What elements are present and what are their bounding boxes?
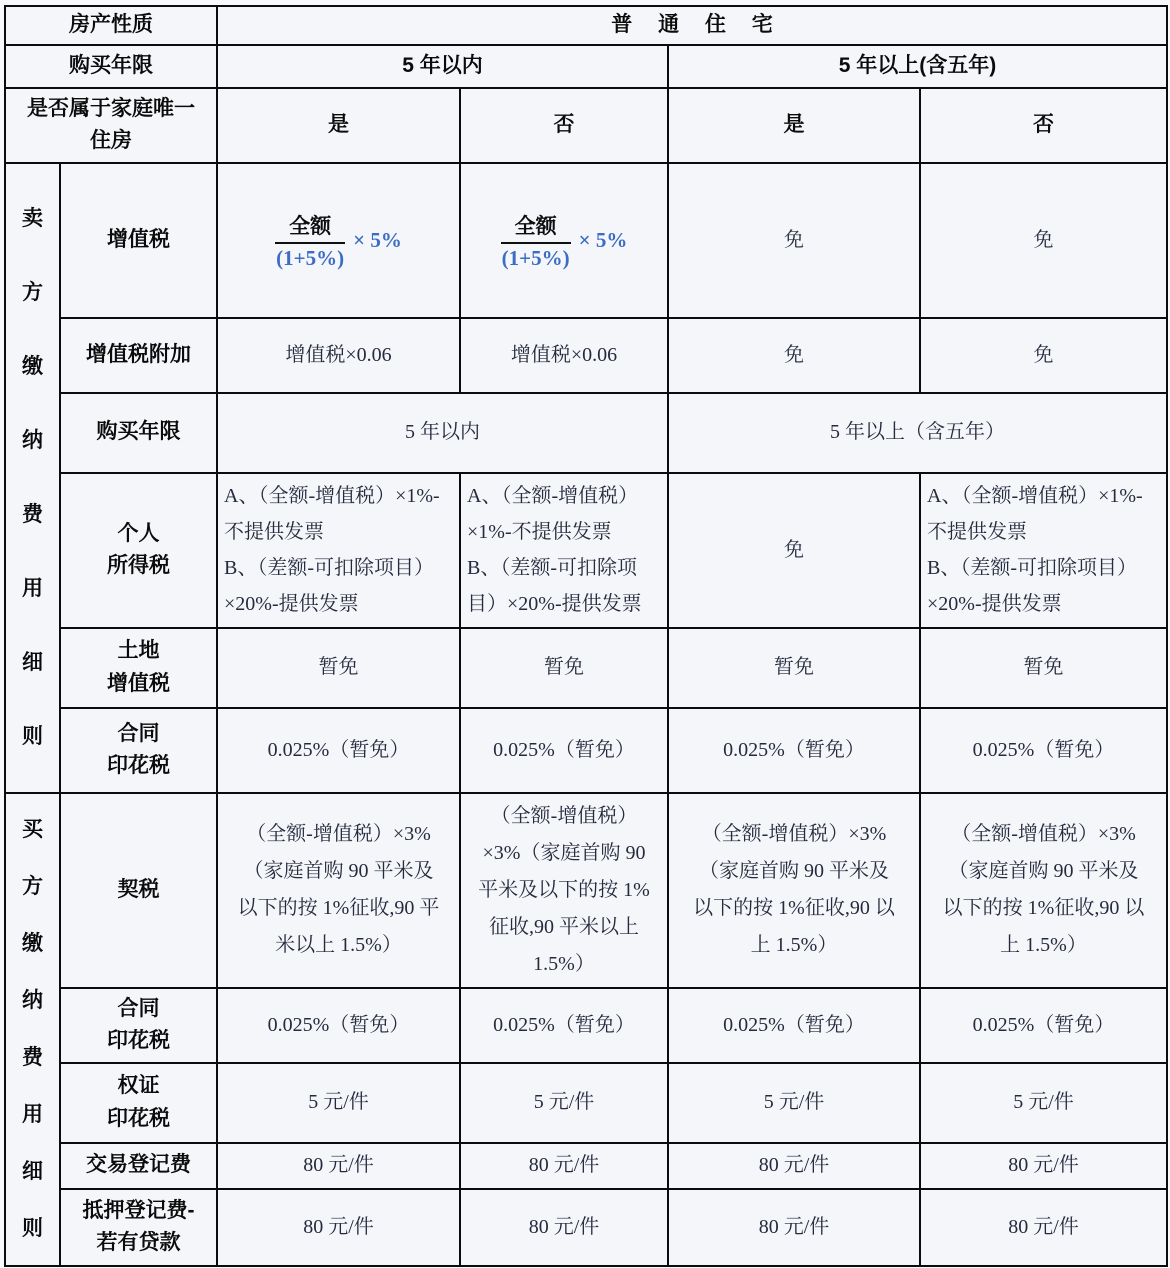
purchase-years-mid-over: 5 年以上（含五年）	[668, 393, 1167, 473]
seller-section-label: 卖 方 缴 纳 费 用 细 则	[5, 163, 60, 793]
vat-fraction: 全额 (1+5%) × 5%	[275, 210, 402, 271]
vat-formula-no: 全额 (1+5%) × 5%	[460, 163, 668, 318]
purchase-over-5-header: 5 年以上(含五年)	[668, 45, 1167, 88]
unique-home-label: 是否属于家庭唯一 住房	[5, 88, 217, 163]
land-vat-c2: 暂免	[460, 628, 668, 708]
fraction-denominator: (1+5%)	[276, 244, 344, 271]
row-unique-home: 是否属于家庭唯一 住房 是 否 是 否	[5, 88, 1167, 163]
income-tax-c2: A、（全额-增值税） ×1%-不提供发票 B、（差额-可扣除项 目）×20%-提…	[460, 473, 668, 628]
purchase-years-mid-within: 5 年以内	[217, 393, 668, 473]
row-purchase-years-mid: 购买年限 5 年以内 5 年以上（含五年）	[5, 393, 1167, 473]
property-nature-value: 普 通 住 宅	[217, 6, 1167, 45]
purchase-years-mid-label: 购买年限	[60, 393, 217, 473]
buyer-contract-stamp-c2: 0.025%（暂免）	[460, 988, 668, 1063]
registration-fee-c2: 80 元/件	[460, 1143, 668, 1189]
cert-stamp-c4: 5 元/件	[920, 1063, 1167, 1143]
buyer-contract-stamp-c3: 0.025%（暂免）	[668, 988, 920, 1063]
fraction-numerator: 全额	[275, 210, 345, 244]
deed-tax-c3: （全额-增值税）×3% （家庭首购 90 平米及 以下的按 1%征收,90 以 …	[668, 793, 920, 988]
row-purchase-years-top: 购买年限 5 年以内 5 年以上(含五年)	[5, 45, 1167, 88]
seller-contract-stamp-c2: 0.025%（暂免）	[460, 708, 668, 793]
row-land-vat: 土地 增值税 暂免 暂免 暂免 暂免	[5, 628, 1167, 708]
mortgage-fee-c1: 80 元/件	[217, 1189, 460, 1266]
row-vat: 卖 方 缴 纳 费 用 细 则 增值税 全额 (1+5%) × 5% 全额 (1…	[5, 163, 1167, 318]
vat-formula-yes: 全额 (1+5%) × 5%	[217, 163, 460, 318]
deed-tax-label: 契税	[60, 793, 217, 988]
row-cert-stamp: 权证 印花税 5 元/件 5 元/件 5 元/件 5 元/件	[5, 1063, 1167, 1143]
deed-tax-c1: （全额-增值税）×3% （家庭首购 90 平米及 以下的按 1%征收,90 平 …	[217, 793, 460, 988]
cert-stamp-label: 权证 印花税	[60, 1063, 217, 1143]
unique-no-2: 否	[920, 88, 1167, 163]
seller-contract-stamp-c4: 0.025%（暂免）	[920, 708, 1167, 793]
land-vat-c3: 暂免	[668, 628, 920, 708]
buyer-contract-stamp-c4: 0.025%（暂免）	[920, 988, 1167, 1063]
row-property-nature: 房产性质 普 通 住 宅	[5, 6, 1167, 45]
row-mortgage-fee: 抵押登记费- 若有贷款 80 元/件 80 元/件 80 元/件 80 元/件	[5, 1189, 1167, 1266]
row-vat-surcharge: 增值税附加 增值税×0.06 增值税×0.06 免 免	[5, 318, 1167, 393]
mortgage-fee-c4: 80 元/件	[920, 1189, 1167, 1266]
land-vat-c4: 暂免	[920, 628, 1167, 708]
mortgage-fee-label: 抵押登记费- 若有贷款	[60, 1189, 217, 1266]
unique-no-1: 否	[460, 88, 668, 163]
income-tax-c3: 免	[668, 473, 920, 628]
income-tax-c4: A、（全额-增值税）×1%- 不提供发票 B、（差额-可扣除项目） ×20%-提…	[920, 473, 1167, 628]
purchase-within-5-header: 5 年以内	[217, 45, 668, 88]
vat-surcharge-c4: 免	[920, 318, 1167, 393]
registration-fee-c3: 80 元/件	[668, 1143, 920, 1189]
registration-fee-c1: 80 元/件	[217, 1143, 460, 1189]
fraction-denominator: (1+5%)	[502, 244, 570, 271]
row-income-tax: 个人 所得税 A、（全额-增值税）×1%- 不提供发票 B、（差额-可扣除项目）…	[5, 473, 1167, 628]
cert-stamp-c3: 5 元/件	[668, 1063, 920, 1143]
vat-exempt-2: 免	[920, 163, 1167, 318]
buyer-contract-stamp-label: 合同 印花税	[60, 988, 217, 1063]
row-deed-tax: 买 方 缴 纳 费 用 细 则 契税 （全额-增值税）×3% （家庭首购 90 …	[5, 793, 1167, 988]
income-tax-label: 个人 所得税	[60, 473, 217, 628]
fraction-multiplier: × 5%	[579, 228, 628, 253]
mortgage-fee-c2: 80 元/件	[460, 1189, 668, 1266]
income-tax-c1: A、（全额-增值税）×1%- 不提供发票 B、（差额-可扣除项目） ×20%-提…	[217, 473, 460, 628]
vat-label: 增值税	[60, 163, 217, 318]
vat-fraction: 全额 (1+5%) × 5%	[501, 210, 628, 271]
registration-fee-c4: 80 元/件	[920, 1143, 1167, 1189]
row-buyer-contract-stamp: 合同 印花税 0.025%（暂免） 0.025%（暂免） 0.025%（暂免） …	[5, 988, 1167, 1063]
fraction-numerator: 全额	[501, 210, 571, 244]
mortgage-fee-c3: 80 元/件	[668, 1189, 920, 1266]
tax-table: 房产性质 普 通 住 宅 购买年限 5 年以内 5 年以上(含五年) 是否属于家…	[4, 5, 1168, 1267]
fraction-multiplier: × 5%	[353, 228, 402, 253]
vat-surcharge-c3: 免	[668, 318, 920, 393]
buyer-contract-stamp-c1: 0.025%（暂免）	[217, 988, 460, 1063]
seller-contract-stamp-c3: 0.025%（暂免）	[668, 708, 920, 793]
seller-contract-stamp-c1: 0.025%（暂免）	[217, 708, 460, 793]
vat-surcharge-c2: 增值税×0.06	[460, 318, 668, 393]
deed-tax-c2: （全额-增值税） ×3%（家庭首购 90 平米及以下的按 1% 征收,90 平米…	[460, 793, 668, 988]
unique-yes-2: 是	[668, 88, 920, 163]
deed-tax-c4: （全额-增值税）×3% （家庭首购 90 平米及 以下的按 1%征收,90 以 …	[920, 793, 1167, 988]
seller-contract-stamp-label: 合同 印花税	[60, 708, 217, 793]
vat-surcharge-c1: 增值税×0.06	[217, 318, 460, 393]
registration-fee-label: 交易登记费	[60, 1143, 217, 1189]
row-registration-fee: 交易登记费 80 元/件 80 元/件 80 元/件 80 元/件	[5, 1143, 1167, 1189]
buyer-section-label: 买 方 缴 纳 费 用 细 则	[5, 793, 60, 1266]
unique-yes-1: 是	[217, 88, 460, 163]
cert-stamp-c2: 5 元/件	[460, 1063, 668, 1143]
cert-stamp-c1: 5 元/件	[217, 1063, 460, 1143]
property-nature-label: 房产性质	[5, 6, 217, 45]
land-vat-label: 土地 增值税	[60, 628, 217, 708]
land-vat-c1: 暂免	[217, 628, 460, 708]
vat-exempt-1: 免	[668, 163, 920, 318]
page: 房产性质 普 通 住 宅 购买年限 5 年以内 5 年以上(含五年) 是否属于家…	[0, 0, 1170, 1268]
row-seller-contract-stamp: 合同 印花税 0.025%（暂免） 0.025%（暂免） 0.025%（暂免） …	[5, 708, 1167, 793]
vat-surcharge-label: 增值税附加	[60, 318, 217, 393]
purchase-years-label: 购买年限	[5, 45, 217, 88]
